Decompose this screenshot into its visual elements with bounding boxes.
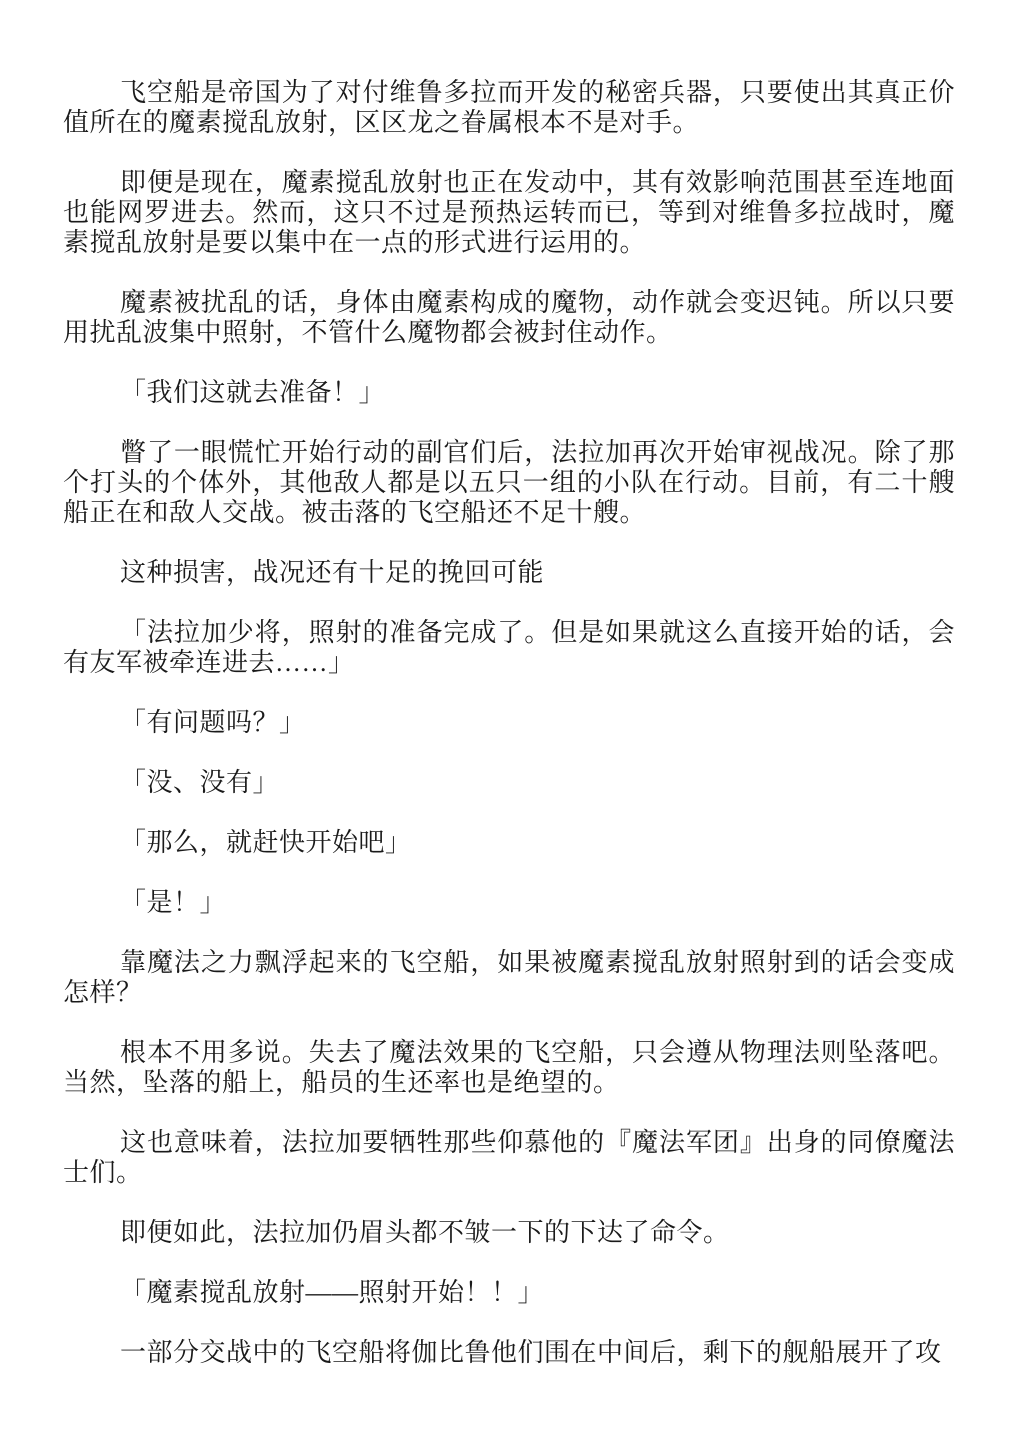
paragraph-dialogue: 「没、没有」 xyxy=(63,768,955,798)
paragraph-dialogue: 「魔素搅乱放射——照射开始！！」 xyxy=(63,1278,955,1308)
paragraph: 靠魔法之力飘浮起来的飞空船，如果被魔素搅乱放射照射到的话会变成怎样？ xyxy=(63,948,955,1008)
paragraph: 根本不用多说。失去了魔法效果的飞空船，只会遵从物理法则坠落吧。当然，坠落的船上，… xyxy=(63,1038,955,1098)
paragraph: 飞空船是帝国为了对付维鲁多拉而开发的秘密兵器，只要使出其真正价值所在的魔素搅乱放… xyxy=(63,78,955,138)
paragraph: 一部分交战中的飞空船将伽比鲁他们围在中间后，剩下的舰船展开了攻 xyxy=(63,1338,955,1368)
paragraph: 这也意味着，法拉加要牺牲那些仰慕他的『魔法军团』出身的同僚魔法士们。 xyxy=(63,1128,955,1188)
paragraph-dialogue: 「是！」 xyxy=(63,888,955,918)
paragraph-dialogue: 「那么，就赶快开始吧」 xyxy=(63,828,955,858)
paragraph-dialogue: 「法拉加少将，照射的准备完成了。但是如果就这么直接开始的话，会有友军被牵连进去…… xyxy=(63,618,955,678)
paragraph-dialogue: 「我们这就去准备！」 xyxy=(63,378,955,408)
paragraph: 魔素被扰乱的话，身体由魔素构成的魔物，动作就会变迟钝。所以只要用扰乱波集中照射，… xyxy=(63,288,955,348)
paragraph: 这种损害，战况还有十足的挽回可能 xyxy=(63,558,955,588)
paragraph: 瞥了一眼慌忙开始行动的副官们后，法拉加再次开始审视战况。除了那个打头的个体外，其… xyxy=(63,438,955,528)
document-page: 飞空船是帝国为了对付维鲁多拉而开发的秘密兵器，只要使出其真正价值所在的魔素搅乱放… xyxy=(0,0,1017,1437)
paragraph: 即便如此，法拉加仍眉头都不皱一下的下达了命令。 xyxy=(63,1218,955,1248)
paragraph: 即便是现在，魔素搅乱放射也正在发动中，其有效影响范围甚至连地面也能网罗进去。然而… xyxy=(63,168,955,258)
paragraph-dialogue: 「有问题吗？」 xyxy=(63,708,955,738)
